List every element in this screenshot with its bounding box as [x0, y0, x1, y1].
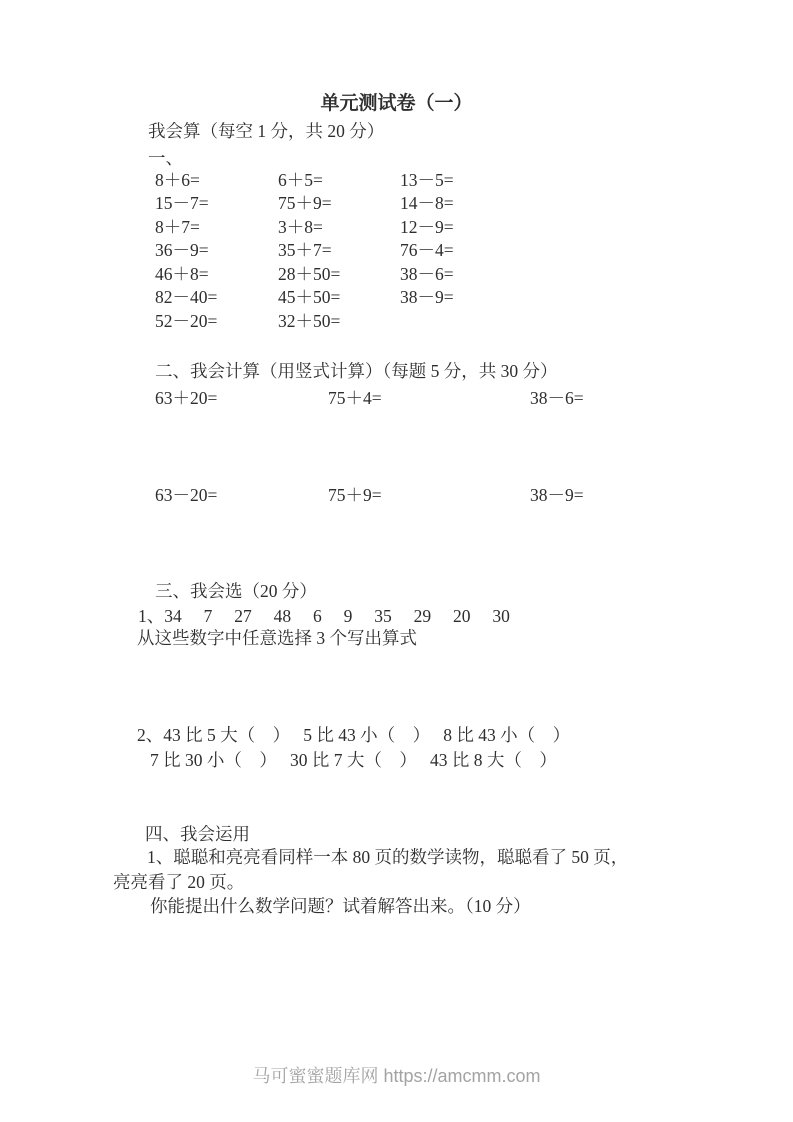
problem-row: 15－7= 75＋9= 14－8=	[155, 192, 575, 215]
math-problem: 28＋50=	[278, 263, 340, 286]
math-problem: 63－20=	[155, 484, 217, 507]
oral-calc-grid: 8＋6= 6＋5= 13－5= 15－7= 75＋9= 14－8= 8＋7= 3…	[155, 169, 575, 333]
math-problem: 38－9=	[530, 484, 584, 507]
problem-row: 46＋8= 28＋50= 38－6=	[155, 263, 575, 286]
math-problem: 63＋20=	[155, 387, 217, 410]
math-problem: 75＋4=	[328, 387, 382, 410]
math-problem: 38－9=	[400, 286, 454, 309]
math-problem: 3＋8=	[278, 216, 323, 239]
compare-line-2: 7 比 30 小（ ） 30 比 7 大（ ） 43 比 8 大（ ）	[150, 749, 557, 772]
number-list: 1、34 7 27 48 6 9 35 29 20 30	[138, 605, 510, 628]
problem-row: 63＋20= 75＋4= 38－6=	[155, 387, 675, 411]
problem-row: 36－9= 35＋7= 76－4=	[155, 239, 575, 262]
math-problem: 45＋50=	[278, 286, 340, 309]
math-problem: 13－5=	[400, 169, 454, 192]
math-problem: 38－6=	[400, 263, 454, 286]
word-problem-line-2: 亮亮看了 20 页。	[113, 871, 244, 894]
math-problem: 32＋50=	[278, 310, 340, 333]
math-problem: 82－40=	[155, 286, 217, 309]
page-title: 单元测试卷（一）	[0, 92, 793, 116]
problem-row: 8＋7= 3＋8= 12－9=	[155, 216, 575, 239]
math-problem: 8＋7=	[155, 216, 200, 239]
math-problem: 6＋5=	[278, 169, 323, 192]
math-problem: 14－8=	[400, 192, 454, 215]
problem-row: 63－20= 75＋9= 38－9=	[155, 484, 675, 508]
problem-row: 52－20= 32＋50=	[155, 310, 575, 333]
word-problem-question: 你能提出什么数学问题？试着解答出来。（10 分）	[150, 895, 531, 918]
math-problem: 75＋9=	[278, 192, 332, 215]
section-choose-heading: 三、我会选（20 分）	[155, 580, 317, 603]
math-problem: 12－9=	[400, 216, 454, 239]
section-calc-label: 一、	[148, 147, 183, 170]
math-problem: 15－7=	[155, 192, 209, 215]
math-problem: 75＋9=	[328, 484, 382, 507]
section-apply-heading: 四、我会运用	[145, 823, 250, 846]
test-paper-page: 单元测试卷（一） 我会算（每空 1 分，共 20 分） 一、 8＋6= 6＋5=…	[0, 0, 793, 1122]
math-problem: 38－6=	[530, 387, 584, 410]
problem-row: 82－40= 45＋50= 38－9=	[155, 286, 575, 309]
math-problem: 52－20=	[155, 310, 217, 333]
math-problem: 8＋6=	[155, 169, 200, 192]
math-problem: 35＋7=	[278, 239, 332, 262]
site-watermark: 马可蜜蜜题库网 https://amcmm.com	[0, 1064, 793, 1088]
math-problem: 36－9=	[155, 239, 209, 262]
section-vertical-heading: 二、我会计算（用竖式计算）（每题 5 分，共 30 分）	[155, 360, 558, 383]
section-calc-heading: 我会算（每空 1 分，共 20 分）	[148, 120, 384, 143]
choose-instruction: 从这些数字中任意选择 3 个写出算式	[137, 627, 417, 650]
compare-line-1: 2、43 比 5 大（ ） 5 比 43 小（ ） 8 比 43 小（ ）	[137, 724, 570, 747]
word-problem-line-1: 1、聪聪和亮亮看同样一本 80 页的数学读物，聪聪看了 50 页，	[147, 846, 628, 869]
problem-row: 8＋6= 6＋5= 13－5=	[155, 169, 575, 192]
math-problem: 76－4=	[400, 239, 454, 262]
math-problem: 46＋8=	[155, 263, 209, 286]
